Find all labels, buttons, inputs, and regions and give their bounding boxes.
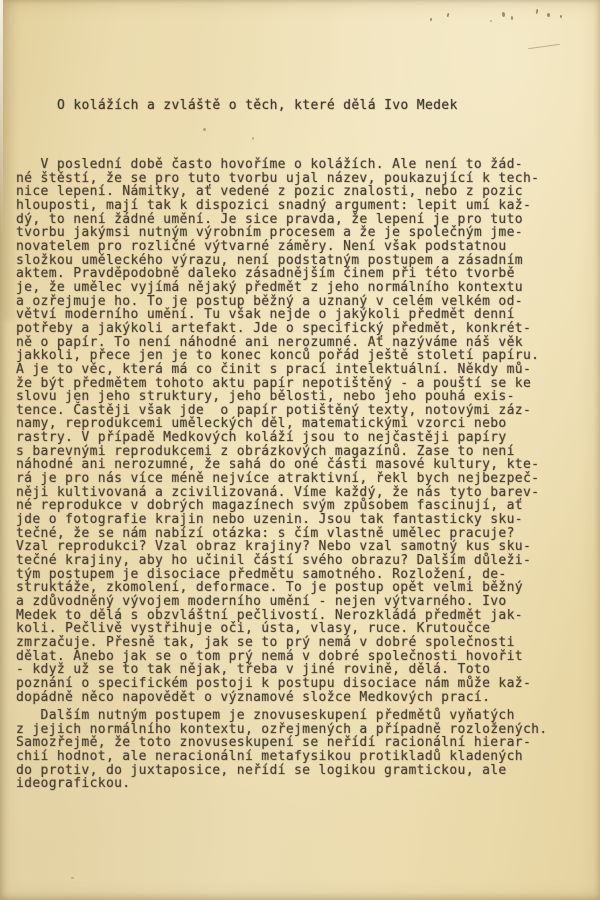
- ink-speck: [447, 13, 450, 17]
- ink-speck: [536, 9, 539, 14]
- paper-scratch: [528, 44, 560, 49]
- ink-speck: [430, 18, 432, 21]
- ink-speck: [252, 137, 254, 140]
- body-paragraph-2: Dalším nutným postupem je znovuseskupení…: [16, 709, 547, 791]
- body-paragraph-1: V poslední době často hovoříme o kolážíc…: [16, 158, 539, 704]
- ink-speck: [560, 15, 562, 18]
- ink-speck: [71, 877, 74, 879]
- scanned-typewritten-page: O kolážích a zvláště o těch, které dělá …: [0, 0, 600, 900]
- ink-speck: [490, 20, 492, 22]
- ink-speck: [547, 13, 550, 17]
- page-title: O kolážích a zvláště o těch, které dělá …: [57, 99, 458, 113]
- scan-edge-highlight: [0, 0, 3, 235]
- ink-speck: [203, 128, 206, 131]
- ink-speck: [511, 16, 513, 20]
- ink-speck: [502, 12, 506, 17]
